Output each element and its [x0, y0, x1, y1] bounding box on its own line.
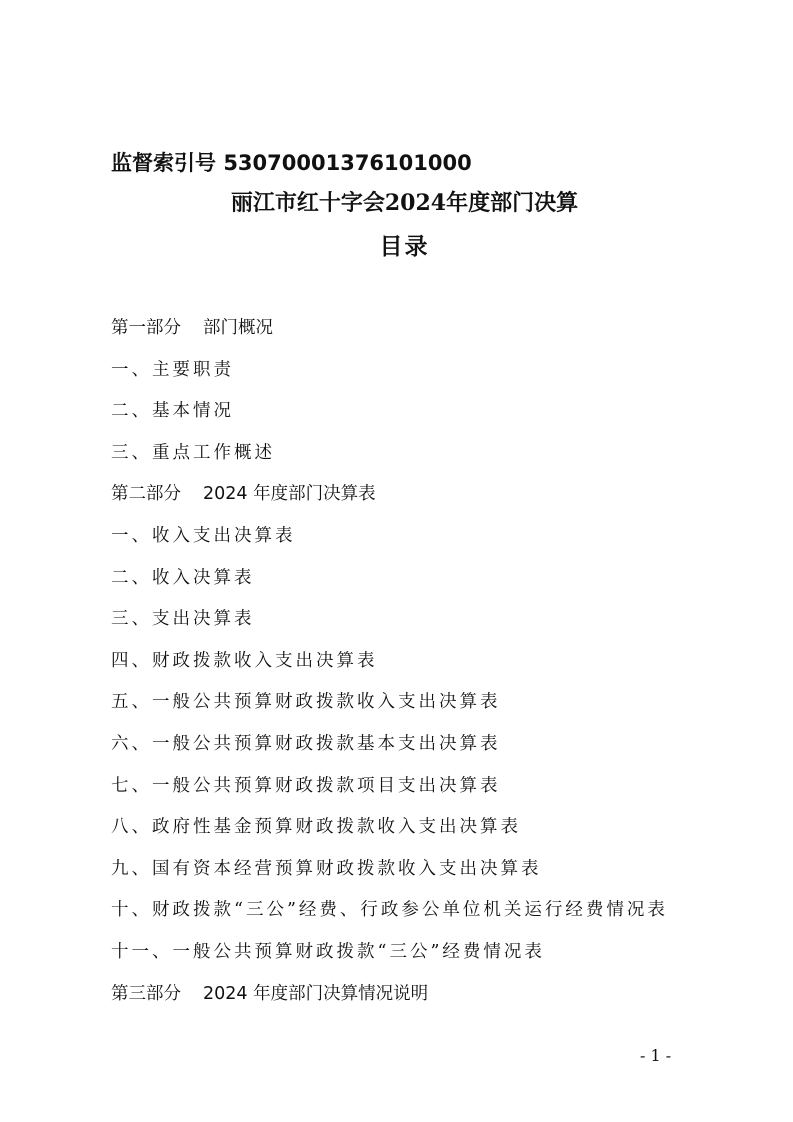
toc-title: 目录 [0, 228, 793, 261]
toc-item[interactable]: 一、主要职责 [111, 358, 733, 400]
table-of-contents: 第一部分部门概况 一、主要职责 二、基本情况 三、重点工作概述 第二部分2024… [111, 316, 733, 1023]
toc-part-1[interactable]: 第一部分部门概况 [111, 316, 733, 358]
toc-item[interactable]: 十、财政拨款“三公”经费、行政参公单位机关运行经费情况表 [111, 898, 733, 940]
document-page: 监督索引号 53070001376101000 丽江市红十字会2024年度部门决… [0, 0, 793, 1122]
toc-item[interactable]: 六、一般公共预算财政拨款基本支出决算表 [111, 732, 733, 774]
toc-item[interactable]: 二、收入决算表 [111, 566, 733, 608]
toc-item[interactable]: 一、收入支出决算表 [111, 524, 733, 566]
toc-item[interactable]: 十一、一般公共预算财政拨款“三公”经费情况表 [111, 940, 733, 982]
toc-item[interactable]: 二、基本情况 [111, 399, 733, 441]
part-label: 第一部分 [111, 318, 181, 338]
document-title: 丽江市红十字会2024年度部门决算 [0, 186, 793, 217]
toc-part-2[interactable]: 第二部分2024 年度部门决算表 [111, 482, 733, 524]
part-title: 部门概况 [203, 318, 273, 338]
supervision-index-line: 监督索引号 53070001376101000 [111, 147, 472, 177]
part-title: 2024 年度部门决算情况说明 [203, 984, 428, 1004]
part-title: 2024 年度部门决算表 [203, 484, 376, 504]
toc-item[interactable]: 八、政府性基金预算财政拨款收入支出决算表 [111, 815, 733, 857]
part-label: 第二部分 [111, 484, 181, 504]
page-number: - 1 - [640, 1046, 671, 1065]
index-number: 53070001376101000 [223, 151, 471, 175]
toc-item[interactable]: 三、支出决算表 [111, 607, 733, 649]
toc-item[interactable]: 七、一般公共预算财政拨款项目支出决算表 [111, 774, 733, 816]
index-label: 监督索引号 [111, 151, 216, 175]
toc-item[interactable]: 五、一般公共预算财政拨款收入支出决算表 [111, 690, 733, 732]
toc-item[interactable]: 九、国有资本经营预算财政拨款收入支出决算表 [111, 857, 733, 899]
toc-item[interactable]: 三、重点工作概述 [111, 441, 733, 483]
part-label: 第三部分 [111, 984, 181, 1004]
toc-item[interactable]: 四、财政拨款收入支出决算表 [111, 649, 733, 691]
toc-part-3[interactable]: 第三部分2024 年度部门决算情况说明 [111, 982, 733, 1024]
